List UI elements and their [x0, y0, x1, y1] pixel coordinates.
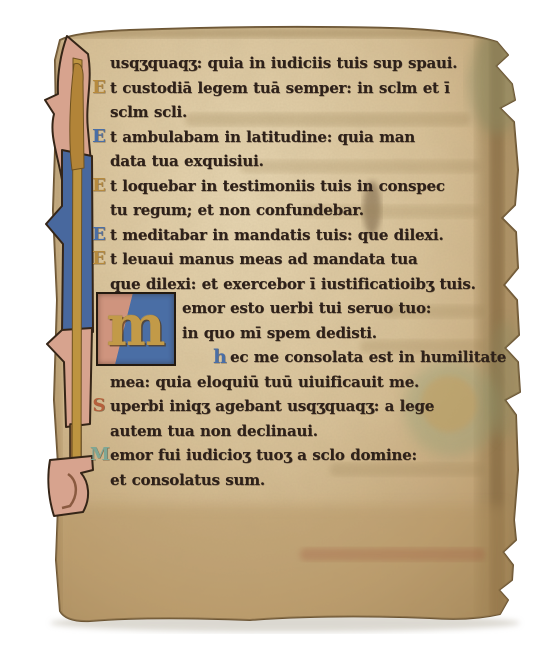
illuminated-initial-m-letter: m — [106, 289, 165, 363]
text-line: S uperbi iniqʒ agebant usqʒquaqʒ: a lege — [110, 394, 502, 419]
line-text: usqʒquaqʒ: quia in iudiciis tuis sup spa… — [110, 51, 457, 76]
line-text: data tua exquisiui. — [110, 149, 264, 174]
text-line: et consolatus sum. — [110, 468, 502, 493]
line-initial: S — [90, 394, 108, 419]
line-text: mea: quia eloquiū tuū uiuificauit me. — [110, 370, 419, 395]
text-line: sclm scli. — [110, 100, 502, 125]
illuminated-initial-m: m — [96, 292, 176, 366]
text-line: M emor fui iudicioʒ tuoʒ a sclo domine: — [110, 443, 502, 468]
line-text: in quo mī spem dedisti. — [182, 321, 377, 346]
text-line: E t meditabar in mandatis tuis: que dile… — [110, 223, 502, 248]
text-line: E t leuaui manus meas ad mandata tua — [110, 247, 502, 272]
line-initial: E — [90, 174, 108, 199]
line-text: et consolatus sum. — [110, 468, 265, 493]
line-text: t ambulabam in latitudine: quia man — [110, 125, 415, 150]
line-text: t loquebar in testimoniis tuis in conspe… — [110, 174, 445, 199]
line-initial: h — [211, 345, 229, 370]
text-line: usqʒquaqʒ: quia in iudiciis tuis sup spa… — [110, 51, 502, 76]
line-text: tu regum; et non confundebar. — [110, 198, 364, 223]
bleed-text-row-red — [300, 548, 485, 561]
line-text: uperbi iniqʒ agebant usqʒquaqʒ: a lege — [110, 394, 434, 419]
line-initial: E — [90, 125, 108, 150]
line-initial: E — [90, 247, 108, 272]
text-line: E t ambulabam in latitudine: quia man — [110, 125, 502, 150]
bar-flag-gold — [70, 64, 84, 170]
line-text: ec me consolata est in humilitate — [230, 345, 506, 370]
line-text: t leuaui manus meas ad mandata tua — [110, 247, 417, 272]
line-text: autem tua non declinaui. — [110, 419, 318, 444]
manuscript-photo: m usqʒquaqʒ: quia in iudiciis tuis sup s… — [0, 0, 536, 650]
text-block: usqʒquaqʒ: quia in iudiciis tuis sup spa… — [110, 51, 502, 492]
line-text: t meditabar in mandatis tuis: que dilexi… — [110, 223, 444, 248]
text-line: E t custodiā legem tuā semper: in sclm e… — [110, 76, 502, 101]
text-line: E t loquebar in testimoniis tuis in cons… — [110, 174, 502, 199]
bar-blue-section — [46, 150, 93, 334]
line-text: emor esto uerbi tui seruo tuo: — [182, 296, 431, 321]
stain-bottom-tan — [58, 505, 508, 630]
line-text: sclm scli. — [110, 100, 187, 125]
text-line: autem tua non declinaui. — [110, 419, 502, 444]
line-text: emor fui iudicioʒ tuoʒ a sclo domine: — [110, 443, 417, 468]
line-initial: E — [90, 223, 108, 248]
line-initial: M — [90, 443, 108, 468]
text-line: tu regum; et non confundebar. — [110, 198, 502, 223]
line-text: t custodiā legem tuā semper: in sclm et … — [110, 76, 450, 101]
text-line: mea: quia eloquiū tuū uiuificauit me. — [110, 370, 502, 395]
text-line: data tua exquisiui. — [110, 149, 502, 174]
line-initial: E — [90, 76, 108, 101]
